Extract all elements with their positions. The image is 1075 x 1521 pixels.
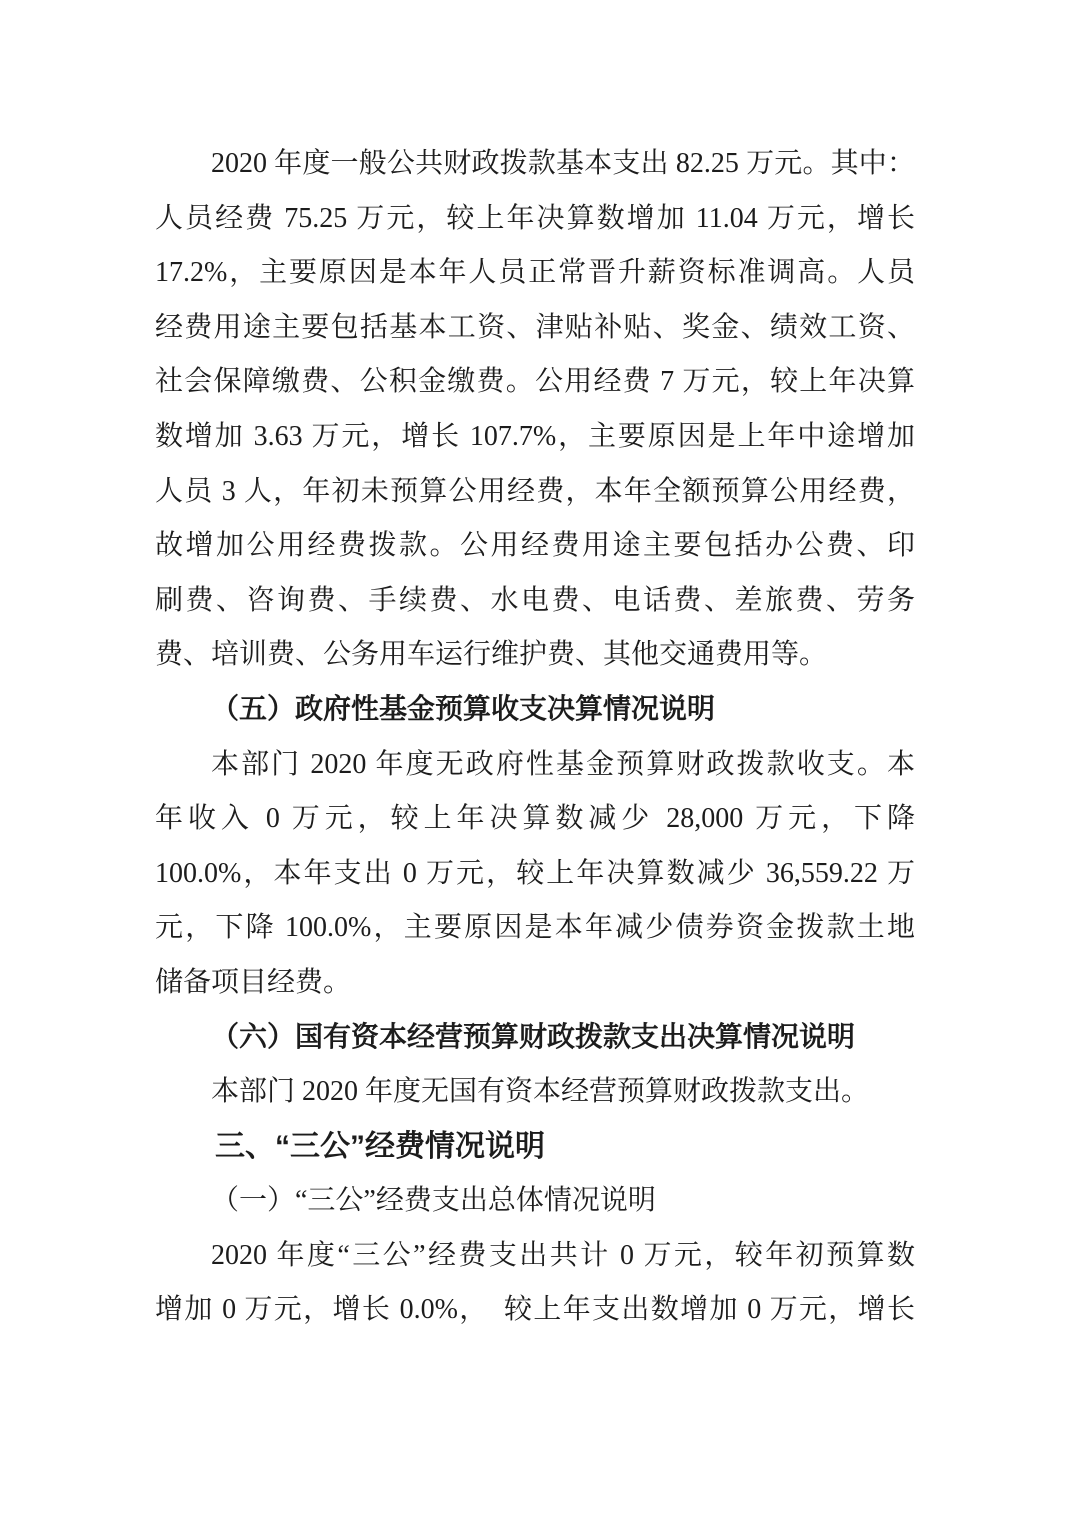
paragraph-line: 17.2%，主要原因是本年人员正常晋升薪资标准调高。人员 <box>155 246 915 301</box>
paragraph-line: 故增加公用经费拨款。公用经费用途主要包括办公费、印 <box>155 519 915 574</box>
paragraph-line: 经费用途主要包括基本工资、津贴补贴、奖金、绩效工资、 <box>155 301 915 356</box>
paragraph-line: 人员经费 75.25 万元，较上年决算数增加 11.04 万元，增长 <box>155 192 915 247</box>
paragraph-line: 储备项目经费。 <box>155 956 915 1011</box>
paragraph-line: 人员 3 人，年初未预算公用经费，本年全额预算公用经费， <box>155 465 915 520</box>
paragraph-line: 元，下降 100.0%，主要原因是本年减少债券资金拨款土地 <box>155 901 915 956</box>
heading-section-5: （五）政府性基金预算收支决算情况说明 <box>155 683 915 738</box>
heading-three-public-funds: 三、“三公”经费情况说明 <box>155 1120 915 1175</box>
paragraph-line: 增加 0 万元，增长 0.0%， 较上年支出数增加 0 万元，增长 <box>155 1283 915 1338</box>
heading-section-6: （六）国有资本经营预算财政拨款支出决算情况说明 <box>155 1011 915 1066</box>
paragraph-line: 本部门 2020 年度无国有资本经营预算财政拨款支出。 <box>155 1065 915 1120</box>
page-content: 2020 年度一般公共财政拨款基本支出 82.25 万元。其中： 人员经费 75… <box>155 137 915 1338</box>
paragraph-line: 社会保障缴费、公积金缴费。公用经费 7 万元，较上年决算 <box>155 355 915 410</box>
paragraph-line: 数增加 3.63 万元，增长 107.7%，主要原因是上年中途增加 <box>155 410 915 465</box>
paragraph-line: 年收入 0 万元，较上年决算数减少 28,000 万元，下降 <box>155 792 915 847</box>
paragraph-line: 2020 年度“三公”经费支出共计 0 万元，较年初预算数 <box>155 1229 915 1284</box>
paragraph-line: 费、培训费、公务用车运行维护费、其他交通费用等。 <box>155 628 915 683</box>
paragraph-line: 本部门 2020 年度无政府性基金预算财政拨款收支。本 <box>155 738 915 793</box>
document-page: 2020 年度一般公共财政拨款基本支出 82.25 万元。其中： 人员经费 75… <box>0 0 1075 1521</box>
paragraph-line: 刷费、咨询费、手续费、水电费、电话费、差旅费、劳务 <box>155 574 915 629</box>
heading-subsection-1: （一）“三公”经费支出总体情况说明 <box>155 1174 915 1229</box>
paragraph-line: 100.0%，本年支出 0 万元，较上年决算数减少 36,559.22 万 <box>155 847 915 902</box>
paragraph-line: 2020 年度一般公共财政拨款基本支出 82.25 万元。其中： <box>155 137 915 192</box>
